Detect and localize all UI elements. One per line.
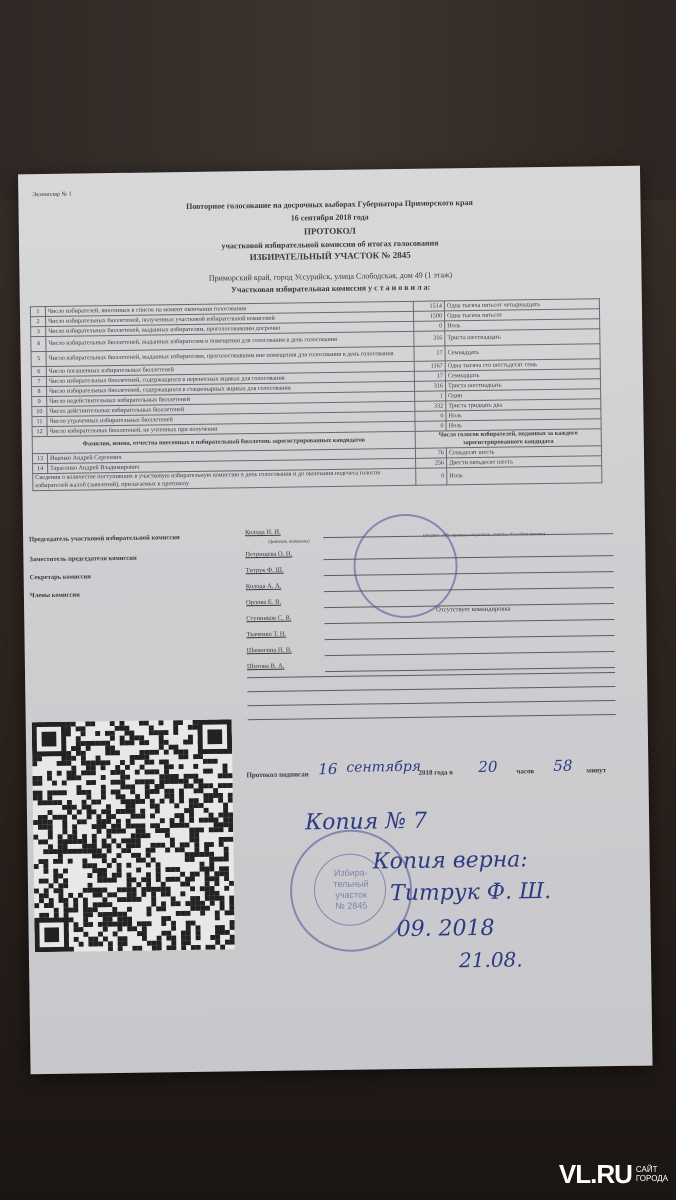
- copy-number-note: Экземпляр № 1: [32, 192, 71, 199]
- signed-year: 2018 года в: [418, 768, 453, 776]
- row-value: 17: [414, 346, 445, 361]
- commission-member-name: Ткаченко Т. Н.: [246, 631, 286, 639]
- signed-hour: 20: [478, 758, 497, 776]
- candidate-votes: 76: [415, 448, 446, 458]
- row-value: 316: [414, 381, 445, 391]
- row-number: 1: [30, 306, 45, 316]
- row-number: 13: [32, 453, 47, 463]
- row-number: 7: [31, 376, 46, 386]
- row-number: 11: [32, 416, 47, 426]
- complaints-value: 0: [416, 468, 447, 485]
- row-number: 2: [31, 316, 46, 326]
- row-number: 14: [33, 463, 48, 473]
- handwritten-time: 21.08.: [459, 947, 523, 972]
- commission-member-name: Орлова Е. В.: [246, 599, 281, 606]
- row-number: 4: [31, 336, 46, 351]
- commission-member-name: Шамигина Н. В.: [247, 647, 292, 655]
- signed-day: 16: [318, 760, 337, 778]
- row-value: 1167: [414, 361, 445, 371]
- brand-logo: VL.RU: [559, 1159, 632, 1189]
- qr-code: [32, 719, 235, 952]
- signature-role-label: Заместитель председателя комиссии: [29, 555, 136, 563]
- row-value: 332: [415, 401, 446, 411]
- precinct-stamp-bottom: Избира- тельный участок № 2845: [289, 829, 413, 953]
- row-number: 9: [32, 396, 47, 406]
- signature-line: [247, 672, 615, 678]
- signature-line: [247, 686, 615, 692]
- stamp-line: № 2845: [292, 900, 410, 913]
- brand-tagline: ГОРОДА: [636, 1174, 668, 1183]
- row-number: 3: [31, 326, 46, 336]
- row-value: 17: [414, 371, 445, 381]
- row-value: 1500: [413, 311, 444, 321]
- commission-member-name: Петрищева О. Н.: [245, 551, 292, 559]
- signature-line: [247, 700, 615, 706]
- vl-ru-watermark: VL.RUСАЙТГОРОДА: [559, 1159, 668, 1190]
- signed-month: сентября: [346, 759, 421, 776]
- complaints-words: Ноль: [447, 466, 602, 485]
- signature-line: [248, 714, 616, 720]
- protocol-document: Экземпляр № 1 Повторное голосование на д…: [18, 166, 653, 1075]
- hours-label: часов: [516, 767, 534, 775]
- commission-member-name: Колода А. А.: [246, 583, 282, 590]
- signature-line: [325, 651, 615, 656]
- row-number: 10: [32, 406, 47, 416]
- name-caption: (фамилия, инициалы): [268, 538, 310, 544]
- brand-tagline: САЙТ: [636, 1165, 658, 1174]
- signature-role-label: Секретарь комиссии: [30, 573, 91, 581]
- signed-label: Протокол подписан: [246, 770, 308, 779]
- signature-line: [325, 667, 615, 672]
- commission-member-name: Шитова В. А.: [247, 663, 285, 671]
- signed-minutes: 58: [553, 757, 572, 775]
- row-value: 0: [415, 421, 446, 431]
- row-number: 5: [31, 351, 46, 366]
- row-number: 12: [32, 426, 47, 436]
- row-value: 1514: [413, 301, 444, 311]
- absent-note: Отсутствует командировка: [436, 606, 510, 614]
- row-value: 1: [415, 391, 446, 401]
- signature-role-label: Члены комиссии: [30, 592, 80, 600]
- row-value: 316: [414, 331, 445, 346]
- row-value: 0: [415, 411, 446, 421]
- handwritten-signer: Титрук Ф. Ш.: [390, 879, 551, 906]
- row-number: 6: [31, 366, 46, 376]
- signature-line: [324, 619, 614, 624]
- row-number: 8: [31, 386, 46, 396]
- commission-member-name: Ступников С. В.: [246, 615, 291, 623]
- signature-role-label: Председатель участковой избирательной ко…: [29, 534, 180, 543]
- commission-member-name: Колода Н. И.: [245, 529, 281, 536]
- handwritten-date: 09. 2018: [396, 916, 494, 942]
- signature-line: [325, 635, 615, 640]
- minutes-label: минут: [586, 766, 606, 774]
- candidate-votes: 256: [416, 458, 447, 468]
- commission-member-name: Титрук Ф. Ш.: [246, 567, 284, 575]
- results-table: 1 Число избирателей, внесенных в список …: [30, 298, 603, 491]
- row-value: 0: [414, 321, 445, 331]
